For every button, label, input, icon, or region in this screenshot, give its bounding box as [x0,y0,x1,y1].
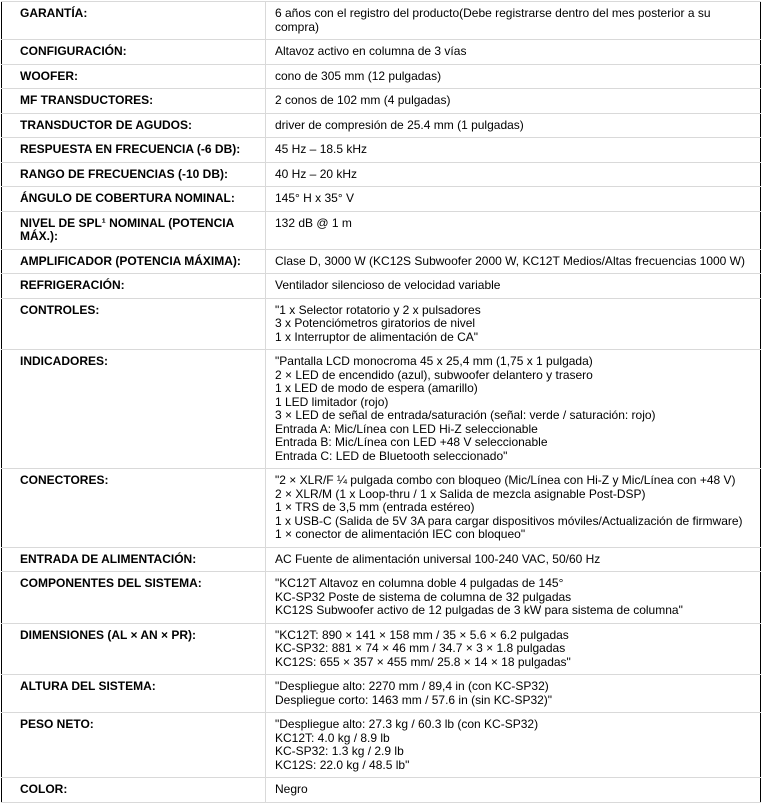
spec-value: "1 x Selector rotatorio y 2 x pulsadores… [266,298,761,350]
spec-label: NIVEL DE SPL¹ NOMINAL (POTENCIA MÁX.): [2,211,266,249]
spec-value: "Despliegue alto: 27.3 kg / 60.3 lb (con… [266,713,761,778]
spec-table: GARANTÍA: 6 años con el registro del pro… [1,1,761,803]
table-row-conectores: CONECTORES: "2 × XLR/F ¼ pulgada combo c… [2,469,761,548]
table-row-woofer: WOOFER: cono de 305 mm (12 pulgadas) [2,64,761,89]
table-row-dimensiones: DIMENSIONES (AL × AN × PR): "KC12T: 890 … [2,623,761,675]
spec-value: 132 dB @ 1 m [266,211,761,249]
table-row-garantia: GARANTÍA: 6 años con el registro del pro… [2,2,761,40]
spec-value: driver de compresión de 25.4 mm (1 pulga… [266,113,761,138]
table-row-configuracion: CONFIGURACIÓN: Altavoz activo en columna… [2,40,761,65]
spec-label: PESO NETO: [2,713,266,778]
table-row-peso-neto: PESO NETO: "Despliegue alto: 27.3 kg / 6… [2,713,761,778]
spec-label: CONTROLES: [2,298,266,350]
spec-label: ALTURA DEL SISTEMA: [2,675,266,713]
spec-label: INDICADORES: [2,350,266,469]
spec-label: REFRIGERACIÓN: [2,274,266,299]
spec-label: COMPONENTES DEL SISTEMA: [2,572,266,624]
spec-label: MF TRANSDUCTORES: [2,89,266,114]
spec-value: "KC12T: 890 × 141 × 158 mm / 35 × 5.6 × … [266,623,761,675]
spec-label: RANGO DE FRECUENCIAS (-10 DB): [2,162,266,187]
table-row-mf-transductores: MF TRANSDUCTORES: 2 conos de 102 mm (4 p… [2,89,761,114]
spec-value: "Pantalla LCD monocroma 45 x 25,4 mm (1,… [266,350,761,469]
spec-label: TRANSDUCTOR DE AGUDOS: [2,113,266,138]
spec-label: DIMENSIONES (AL × AN × PR): [2,623,266,675]
table-row-transductor-agudos: TRANSDUCTOR DE AGUDOS: driver de compres… [2,113,761,138]
table-row-altura-sistema: ALTURA DEL SISTEMA: "Despliegue alto: 22… [2,675,761,713]
table-row-respuesta-frecuencia: RESPUESTA EN FRECUENCIA (-6 DB): 45 Hz –… [2,138,761,163]
spec-label: AMPLIFICADOR (POTENCIA MÁXIMA): [2,249,266,274]
spec-label: ENTRADA DE ALIMENTACIÓN: [2,547,266,572]
table-row-indicadores: INDICADORES: "Pantalla LCD monocroma 45 … [2,350,761,469]
table-row-amplificador: AMPLIFICADOR (POTENCIA MÁXIMA): Clase D,… [2,249,761,274]
spec-value: Ventilador silencioso de velocidad varia… [266,274,761,299]
spec-value: "2 × XLR/F ¼ pulgada combo con bloqueo (… [266,469,761,548]
spec-value: Clase D, 3000 W (KC12S Subwoofer 2000 W,… [266,249,761,274]
spec-value: 40 Hz – 20 kHz [266,162,761,187]
spec-label: GARANTÍA: [2,2,266,40]
spec-value: 2 conos de 102 mm (4 pulgadas) [266,89,761,114]
spec-value: cono de 305 mm (12 pulgadas) [266,64,761,89]
table-row-refrigeracion: REFRIGERACIÓN: Ventilador silencioso de … [2,274,761,299]
table-row-angulo-cobertura: ÁNGULO DE COBERTURA NOMINAL: 145° H x 35… [2,187,761,212]
spec-value: 45 Hz – 18.5 kHz [266,138,761,163]
spec-table-body: GARANTÍA: 6 años con el registro del pro… [2,2,761,803]
spec-value: AC Fuente de alimentación universal 100-… [266,547,761,572]
spec-label: COLOR: [2,778,266,803]
table-row-controles: CONTROLES: "1 x Selector rotatorio y 2 x… [2,298,761,350]
spec-value: 6 años con el registro del producto(Debe… [266,2,761,40]
table-row-nivel-spl: NIVEL DE SPL¹ NOMINAL (POTENCIA MÁX.): 1… [2,211,761,249]
spec-label: RESPUESTA EN FRECUENCIA (-6 DB): [2,138,266,163]
table-row-rango-frecuencias: RANGO DE FRECUENCIAS (-10 DB): 40 Hz – 2… [2,162,761,187]
table-row-entrada-alimentacion: ENTRADA DE ALIMENTACIÓN: AC Fuente de al… [2,547,761,572]
table-row-color: COLOR: Negro [2,778,761,803]
spec-label: ÁNGULO DE COBERTURA NOMINAL: [2,187,266,212]
spec-value: "Despliegue alto: 2270 mm / 89,4 in (con… [266,675,761,713]
table-row-componentes-sistema: COMPONENTES DEL SISTEMA: "KC12T Altavoz … [2,572,761,624]
spec-label: CONECTORES: [2,469,266,548]
spec-value: 145° H x 35° V [266,187,761,212]
spec-value: Negro [266,778,761,803]
spec-label: CONFIGURACIÓN: [2,40,266,65]
spec-value: Altavoz activo en columna de 3 vías [266,40,761,65]
spec-label: WOOFER: [2,64,266,89]
spec-value: "KC12T Altavoz en columna doble 4 pulgad… [266,572,761,624]
